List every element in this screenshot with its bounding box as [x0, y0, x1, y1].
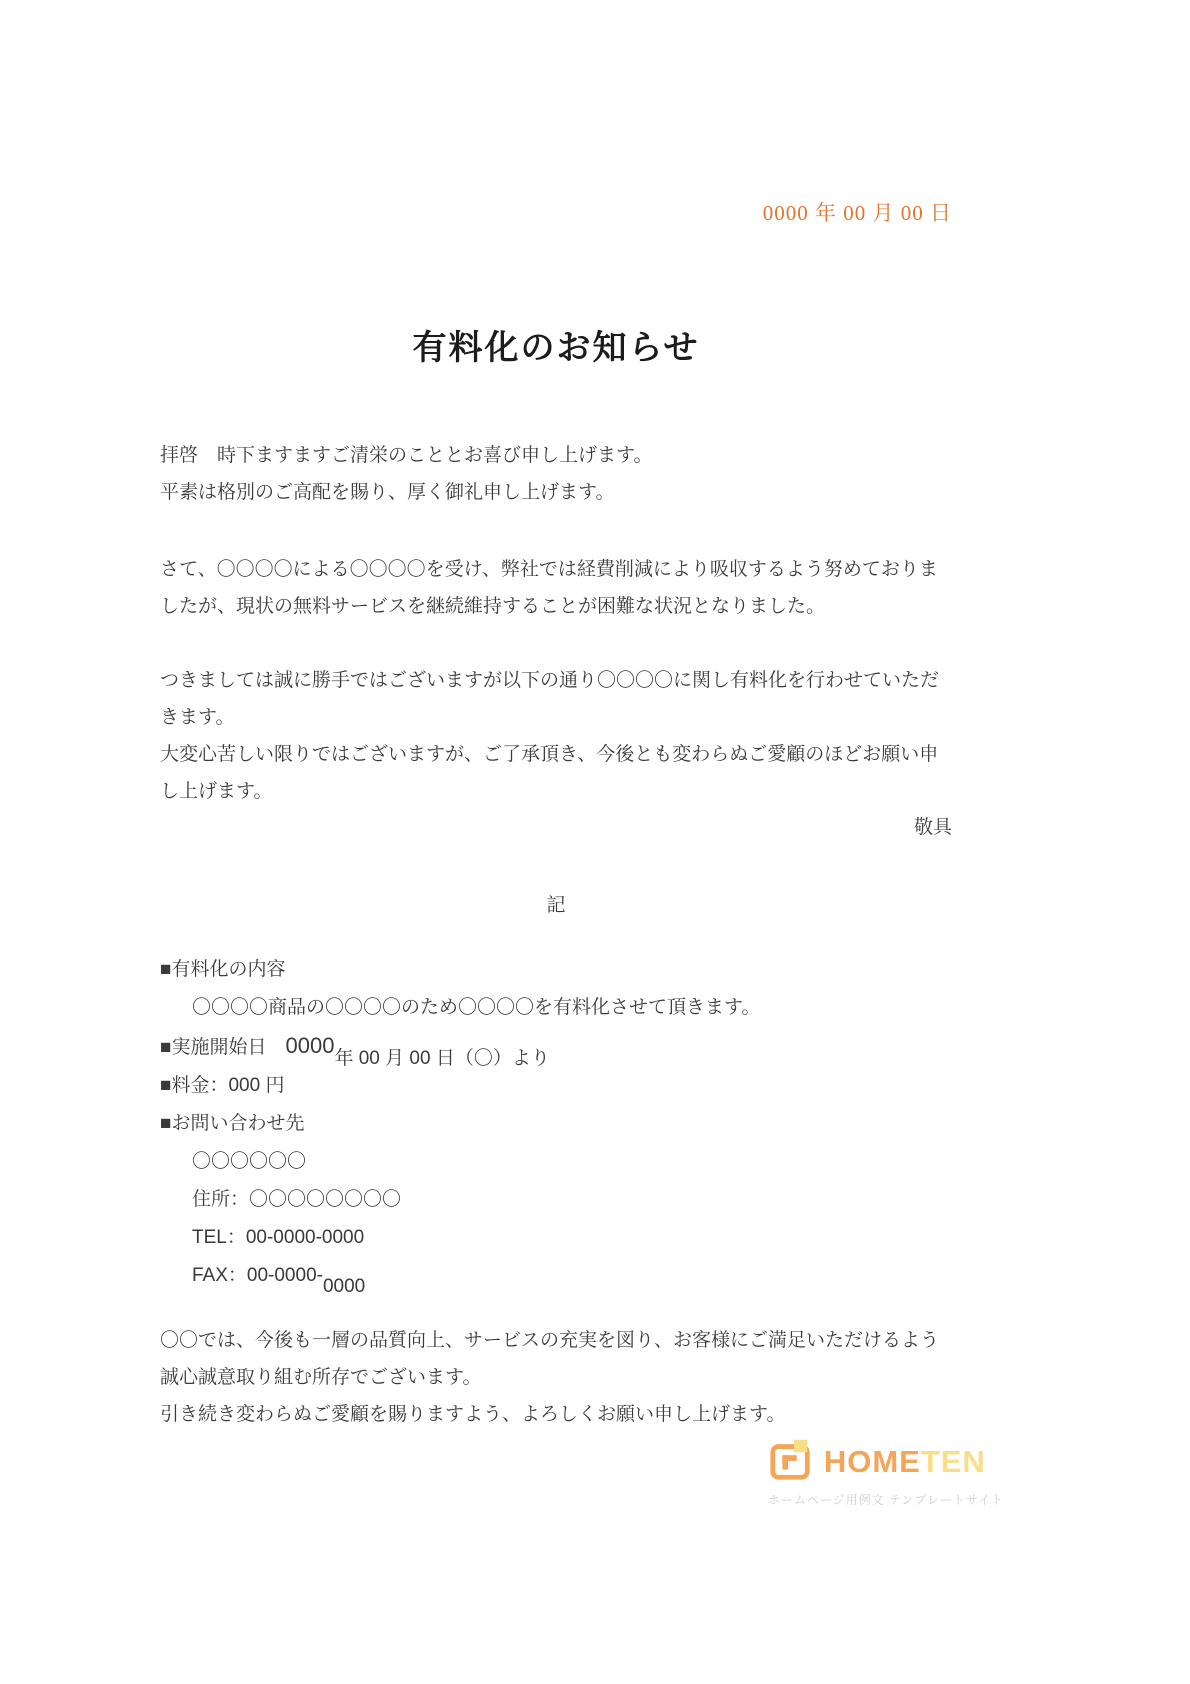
hometen-logo: HOMETEN ホームページ用例文 テンプレートサイト — [768, 1436, 1004, 1508]
detail-content-body: 〇〇〇〇商品の〇〇〇〇のため〇〇〇〇を有料化させて頂きます。 — [160, 989, 1000, 1027]
detail-fee: ■料金：000 円 — [160, 1067, 1000, 1105]
closing-section: 〇〇では、今後も一層の品質向上、サービスの充実を図り、お客様にご満足いただけるよ… — [160, 1322, 952, 1433]
start-date-year: 0000 — [285, 1033, 334, 1058]
greeting-line-2: 平素は格別のご高配を賜り、厚く御礼申し上げます。 — [160, 482, 614, 503]
contact-fax-label: FAX：00-0000- — [192, 1265, 323, 1286]
closing-paragraph-2: 引き続き変わらぬご愛顧を賜りますよう、よろしくお願い申し上げます。 — [160, 1396, 952, 1433]
detail-content-heading: ■有料化の内容 — [160, 951, 1000, 989]
closing-word: 敬具 — [160, 812, 952, 839]
page-title: 有料化のお知らせ — [160, 320, 952, 369]
detail-contact-heading: ■お問い合わせ先 — [160, 1105, 1000, 1143]
logo-tagline: ホームページ用例文 テンプレートサイト — [768, 1491, 1004, 1508]
hometen-house-icon — [768, 1436, 814, 1487]
details-section: ■有料化の内容 〇〇〇〇商品の〇〇〇〇のため〇〇〇〇を有料化させて頂きます。 ■… — [160, 951, 1000, 1295]
start-date-rest: 年 00 月 00 日（〇）より — [334, 1040, 549, 1078]
detail-start-date: ■実施開始日 0000 年 00 月 00 日（〇）より — [160, 1027, 1000, 1067]
logo-text-home: HOME — [824, 1444, 921, 1479]
greeting-paragraph: 拝啓 時下ますますご清栄のこととお喜び申し上げます。 平素は格別のご高配を賜り、… — [160, 437, 952, 511]
record-mark: 記 — [160, 890, 952, 917]
greeting-line-1: 拝啓 時下ますますご清栄のこととお喜び申し上げます。 — [160, 445, 652, 466]
closing-paragraph-1: 〇〇では、今後も一層の品質向上、サービスの充実を図り、お客様にご満足いただけるよ… — [160, 1322, 952, 1396]
document-date: 0000 年 00 月 00 日 — [763, 197, 952, 227]
logo-row: HOMETEN — [768, 1436, 1004, 1487]
contact-fax-value: 0000 — [323, 1268, 365, 1306]
letter-document: 0000 年 00 月 00 日 有料化のお知らせ 拝啓 時下ますますご清栄のこ… — [0, 0, 1190, 1684]
contact-address: 住所：〇〇〇〇〇〇〇〇 — [160, 1181, 1000, 1219]
start-date-label: ■実施開始日 — [160, 1037, 285, 1058]
body-paragraph-2: つきましては誠に勝手ではございますが以下の通り〇〇〇〇に関し有料化を行わせていた… — [160, 662, 952, 736]
body-paragraph-3: 大変心苦しい限りではございますが、ご了承頂き、今後とも変わらぬご愛顧のほどお願い… — [160, 736, 952, 810]
logo-wordmark: HOMETEN — [824, 1446, 986, 1477]
contact-tel: TEL：00-0000-0000 — [160, 1219, 1000, 1257]
contact-name: 〇〇〇〇〇〇 — [160, 1143, 1000, 1181]
body-paragraph-1: さて、〇〇〇〇による〇〇〇〇を受け、弊社では経費削減により吸収するよう努めており… — [160, 551, 952, 625]
logo-text-ten: TEN — [921, 1444, 986, 1479]
contact-fax: FAX：00-0000-0000 — [160, 1257, 1000, 1295]
